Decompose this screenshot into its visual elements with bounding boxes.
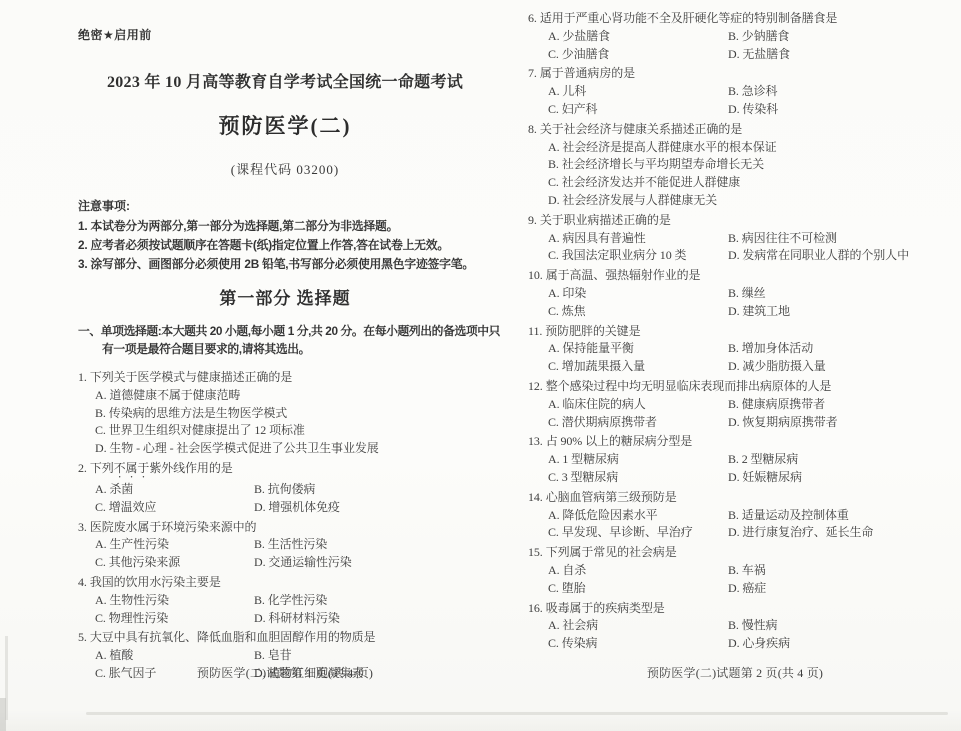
question-15: 15.下列属于常见的社会病是 A. 自杀 B. 车祸 C. 堕胎 D. 癌症: [528, 544, 948, 597]
question-options: A. 印染 B. 缫丝 C. 炼焦 D. 建筑工地: [528, 285, 948, 321]
question-stem: 16.吸毒属于的疾病类型是: [528, 600, 948, 618]
option-b: B. 病因往往不可检测: [728, 230, 948, 248]
scan-corner-smudge: [0, 698, 6, 731]
question-stem: 5.大豆中具有抗氧化、降低血脂和血胆固醇作用的物质是: [78, 629, 492, 647]
question-3: 3.医院废水属于环境污染来源中的 A. 生产性污染 B. 生活性污染 C. 其他…: [78, 519, 492, 572]
option-c: C. 堕胎: [548, 580, 728, 598]
option-d: D. 心身疾病: [728, 635, 948, 653]
option-c: C. 世界卫生组织对健康提出了 12 项标准: [95, 422, 492, 440]
question-text: 下列: [90, 461, 114, 475]
option-b: B. 健康病原携带者: [728, 396, 948, 414]
exam-title: 预防医学(二): [78, 110, 492, 140]
question-number: 5.: [78, 630, 87, 644]
question-number: 6.: [528, 11, 537, 25]
part-one-heading: 第一部分 选择题: [78, 284, 492, 309]
option-b: B. 慢性病: [728, 617, 948, 635]
scan-page-bottom-edge: [86, 712, 948, 715]
question-options: A. 生产性污染 B. 生活性污染 C. 其他污染来源 D. 交通运输性污染: [78, 536, 492, 572]
question-text: 关于职业病描述正确的是: [540, 213, 671, 227]
question-4: 4.我国的饮用水污染主要是 A. 生物性污染 B. 化学性污染 C. 物理性污染…: [78, 574, 492, 627]
question-text: 医院废水属于环境污染来源中的: [90, 520, 257, 534]
option-a: A. 1 型糖尿病: [548, 451, 728, 469]
question-number: 11.: [528, 324, 542, 338]
question-stem: 7.属于普通病房的是: [528, 65, 948, 83]
question-text: 属于普通病房的是: [540, 66, 635, 80]
question-options: A. 自杀 B. 车祸 C. 堕胎 D. 癌症: [528, 562, 948, 598]
option-a: A. 植酸: [95, 647, 254, 665]
question-number: 10.: [528, 268, 543, 282]
option-a: A. 降低危险因素水平: [548, 507, 728, 525]
option-a: A. 印染: [548, 285, 728, 303]
question-number: 1.: [78, 370, 87, 384]
security-classification: 绝密★启用前: [78, 26, 492, 43]
option-d: D. 生物 - 心理 - 社会医学模式促进了公共卫生事业发展: [95, 440, 492, 458]
option-c: C. 物理性污染: [95, 610, 254, 628]
option-a: A. 临床住院的病人: [548, 396, 728, 414]
question-14: 14.心脑血管病第三级预防是 A. 降低危险因素水平 B. 适量运动及控制体重 …: [528, 489, 948, 542]
option-d: D. 发病常在同职业人群的个别人中: [728, 247, 948, 265]
question-stem: 12.整个感染过程中均无明显临床表现而排出病原体的人是: [528, 378, 948, 396]
question-text: 占 90% 以上的糖尿病分型是: [546, 434, 693, 448]
option-c: C. 我国法定职业病分 10 类: [548, 247, 728, 265]
question-text: 适用于严重心肾功能不全及肝硬化等症的特别制备膳食是: [540, 11, 838, 25]
option-d: D. 进行康复治疗、延长生命: [728, 524, 948, 542]
question-stem: 11.预防肥胖的关键是: [528, 323, 948, 341]
option-c: C. 传染病: [548, 635, 728, 653]
question-stem: 9.关于职业病描述正确的是: [528, 212, 948, 230]
section-intro-line: 有一项是最符合题目要求的,请将其选出。: [78, 340, 492, 358]
page-2-footer: 预防医学(二)试题第 2 页(共 4 页): [522, 664, 948, 681]
question-stem: 13.占 90% 以上的糖尿病分型是: [528, 433, 948, 451]
option-c: C. 炼焦: [548, 303, 728, 321]
option-c: C. 少油膳食: [548, 46, 728, 64]
question-options: A. 杀菌 B. 抗佝偻病 C. 增温效应 D. 增强机体免疫: [78, 481, 492, 517]
option-d: D. 增强机体免疫: [254, 499, 492, 517]
question-number: 2.: [78, 461, 87, 475]
option-a: A. 儿科: [548, 83, 728, 101]
question-text: 吸毒属于的疾病类型是: [546, 601, 665, 615]
emphasized-text: 不属于: [114, 461, 150, 475]
question-number: 7.: [528, 66, 537, 80]
page-2: 6.适用于严重心肾功能不全及肝硬化等症的特别制备膳食是 A. 少盐膳食 B. 少…: [522, 0, 948, 731]
option-c: C. 潜伏期病原携带者: [548, 414, 728, 432]
question-number: 8.: [528, 122, 537, 136]
option-b: B. 增加身体活动: [728, 340, 948, 358]
question-stem: 1.下列关于医学模式与健康描述正确的是: [78, 369, 492, 387]
option-a: A. 少盐膳食: [548, 28, 728, 46]
question-number: 13.: [528, 434, 543, 448]
question-options: A. 社会病 B. 慢性病 C. 传染病 D. 心身疾病: [528, 617, 948, 653]
question-text: 大豆中具有抗氧化、降低血脂和血胆固醇作用的物质是: [90, 630, 376, 644]
question-options: A. 道德健康不属于健康范畴 B. 传染病的思维方法是生物医学模式 C. 世界卫…: [78, 387, 492, 458]
question-16: 16.吸毒属于的疾病类型是 A. 社会病 B. 慢性病 C. 传染病 D. 心身…: [528, 600, 948, 653]
question-11: 11.预防肥胖的关键是 A. 保持能量平衡 B. 增加身体活动 C. 增加蔬果摄…: [528, 323, 948, 376]
question-stem: 6.适用于严重心肾功能不全及肝硬化等症的特别制备膳食是: [528, 10, 948, 28]
note-item: 1. 本试卷分为两部分,第一部分为选择题,第二部分为非选择题。: [78, 217, 492, 236]
option-c: C. 妇产科: [548, 101, 728, 119]
question-options: A. 1 型糖尿病 B. 2 型糖尿病 C. 3 型糖尿病 D. 妊娠糖尿病: [528, 451, 948, 487]
question-stem: 3.医院废水属于环境污染来源中的: [78, 519, 492, 537]
option-c: C. 3 型糖尿病: [548, 469, 728, 487]
option-d: D. 科研材料污染: [254, 610, 492, 628]
option-a: A. 杀菌: [95, 481, 254, 499]
exam-paper-scan: 绝密★启用前 2023 年 10 月高等教育自学考试全国统一命题考试 预防医学(…: [0, 0, 961, 731]
question-text: 整个感染过程中均无明显临床表现而排出病原体的人是: [546, 379, 832, 393]
question-8: 8.关于社会经济与健康关系描述正确的是 A. 社会经济是提高人群健康水平的根本保…: [528, 121, 948, 210]
question-7: 7.属于普通病房的是 A. 儿科 B. 急诊科 C. 妇产科 D. 传染科: [528, 65, 948, 118]
option-a: A. 社会经济是提高人群健康水平的根本保证: [548, 139, 948, 157]
option-b: B. 生活性污染: [254, 536, 492, 554]
option-d: D. 建筑工地: [728, 303, 948, 321]
option-a: A. 生产性污染: [95, 536, 254, 554]
option-c: C. 社会经济发达并不能促进人群健康: [548, 174, 948, 192]
option-a: A. 自杀: [548, 562, 728, 580]
option-a: A. 道德健康不属于健康范畴: [95, 387, 492, 405]
option-a: A. 病因具有普遍性: [548, 230, 728, 248]
question-10: 10.属于高温、强热辐射作业的是 A. 印染 B. 缫丝 C. 炼焦 D. 建筑…: [528, 267, 948, 320]
option-c: C. 早发现、早诊断、早治疗: [548, 524, 728, 542]
note-item: 2. 应考者必须按试题顺序在答题卡(纸)指定位置上作答,答在试卷上无效。: [78, 236, 492, 255]
question-options: A. 病因具有普遍性 B. 病因往往不可检测 C. 我国法定职业病分 10 类 …: [528, 230, 948, 266]
option-d: D. 妊娠糖尿病: [728, 469, 948, 487]
option-b: B. 皂苷: [254, 647, 492, 665]
option-a: A. 保持能量平衡: [548, 340, 728, 358]
question-stem: 8.关于社会经济与健康关系描述正确的是: [528, 121, 948, 139]
question-text: 下列关于医学模式与健康描述正确的是: [90, 370, 292, 384]
option-d: D. 传染科: [728, 101, 948, 119]
questions-page-2: 6.适用于严重心肾功能不全及肝硬化等症的特别制备膳食是 A. 少盐膳食 B. 少…: [528, 10, 948, 653]
question-stem: 4.我国的饮用水污染主要是: [78, 574, 492, 592]
question-number: 3.: [78, 520, 87, 534]
question-2: 2.下列不属于紫外线作用的是 A. 杀菌 B. 抗佝偻病 C. 增温效应 D. …: [78, 460, 492, 517]
question-text: 预防肥胖的关键是: [545, 324, 640, 338]
option-b: B. 传染病的思维方法是生物医学模式: [95, 405, 492, 423]
option-b: B. 车祸: [728, 562, 948, 580]
question-text: 属于高温、强热辐射作业的是: [546, 268, 701, 282]
question-text: 紫外线作用的是: [149, 461, 232, 475]
option-b: B. 社会经济增长与平均期望寿命增长无关: [548, 156, 948, 174]
course-code: (课程代码 03200): [78, 159, 492, 178]
question-stem: 10.属于高温、强热辐射作业的是: [528, 267, 948, 285]
option-b: B. 缫丝: [728, 285, 948, 303]
question-12: 12.整个感染过程中均无明显临床表现而排出病原体的人是 A. 临床住院的病人 B…: [528, 378, 948, 431]
question-text: 关于社会经济与健康关系描述正确的是: [540, 122, 742, 136]
page-1: 绝密★启用前 2023 年 10 月高等教育自学考试全国统一命题考试 预防医学(…: [64, 0, 492, 731]
question-options: A. 降低危险因素水平 B. 适量运动及控制体重 C. 早发现、早诊断、早治疗 …: [528, 507, 948, 543]
page-1-footer: 预防医学(二)试题第 1 页(共 4 页): [78, 664, 492, 681]
option-c: C. 增加蔬果摄入量: [548, 358, 728, 376]
section-intro: 一、单项选择题:本大题共 20 小题,每小题 1 分,共 20 分。在每小题列出…: [78, 322, 492, 358]
note-item: 3. 涂写部分、画图部分必须使用 2B 铅笔,书写部分必须使用黑色字迹签字笔。: [78, 255, 492, 274]
question-options: A. 儿科 B. 急诊科 C. 妇产科 D. 传染科: [528, 83, 948, 119]
option-b: B. 少钠膳食: [728, 28, 948, 46]
section-intro-line: 一、单项选择题:本大题共 20 小题,每小题 1 分,共 20 分。在每小题列出…: [78, 322, 492, 340]
question-number: 12.: [528, 379, 543, 393]
question-number: 15.: [528, 545, 543, 559]
question-13: 13.占 90% 以上的糖尿病分型是 A. 1 型糖尿病 B. 2 型糖尿病 C…: [528, 433, 948, 486]
question-1: 1.下列关于医学模式与健康描述正确的是 A. 道德健康不属于健康范畴 B. 传染…: [78, 369, 492, 458]
notes-heading: 注意事项:: [78, 197, 492, 214]
question-options: A. 生物性污染 B. 化学性污染 C. 物理性污染 D. 科研材料污染: [78, 592, 492, 628]
option-a: A. 生物性污染: [95, 592, 254, 610]
exam-session-title: 2023 年 10 月高等教育自学考试全国统一命题考试: [78, 69, 492, 92]
question-number: 4.: [78, 575, 87, 589]
question-text: 我国的饮用水污染主要是: [90, 575, 221, 589]
option-d: D. 恢复期病原携带者: [728, 414, 948, 432]
option-c: C. 其他污染来源: [95, 554, 254, 572]
option-a: A. 社会病: [548, 617, 728, 635]
question-options: A. 社会经济是提高人群健康水平的根本保证 B. 社会经济增长与平均期望寿命增长…: [528, 139, 948, 210]
question-options: A. 临床住院的病人 B. 健康病原携带者 C. 潜伏期病原携带者 D. 恢复期…: [528, 396, 948, 432]
question-stem: 15.下列属于常见的社会病是: [528, 544, 948, 562]
option-d: D. 癌症: [728, 580, 948, 598]
option-c: C. 增温效应: [95, 499, 254, 517]
question-number: 16.: [528, 601, 543, 615]
option-d: D. 交通运输性污染: [254, 554, 492, 572]
question-6: 6.适用于严重心肾功能不全及肝硬化等症的特别制备膳食是 A. 少盐膳食 B. 少…: [528, 10, 948, 63]
question-text: 下列属于常见的社会病是: [546, 545, 677, 559]
notes-list: 1. 本试卷分为两部分,第一部分为选择题,第二部分为非选择题。 2. 应考者必须…: [78, 217, 492, 274]
questions-page-1: 1.下列关于医学模式与健康描述正确的是 A. 道德健康不属于健康范畴 B. 传染…: [78, 369, 492, 683]
question-options: A. 少盐膳食 B. 少钠膳食 C. 少油膳食 D. 无盐膳食: [528, 28, 948, 64]
option-b: B. 2 型糖尿病: [728, 451, 948, 469]
option-b: B. 抗佝偻病: [254, 481, 492, 499]
question-stem: 2.下列不属于紫外线作用的是: [78, 460, 492, 481]
question-text: 心脑血管病第三级预防是: [546, 490, 677, 504]
option-b: B. 适量运动及控制体重: [728, 507, 948, 525]
question-9: 9.关于职业病描述正确的是 A. 病因具有普遍性 B. 病因往往不可检测 C. …: [528, 212, 948, 265]
option-d: D. 无盐膳食: [728, 46, 948, 64]
option-b: B. 急诊科: [728, 83, 948, 101]
question-number: 9.: [528, 213, 537, 227]
option-d: D. 减少脂肪摄入量: [728, 358, 948, 376]
option-d: D. 社会经济发展与人群健康无关: [548, 192, 948, 210]
option-b: B. 化学性污染: [254, 592, 492, 610]
question-options: A. 保持能量平衡 B. 增加身体活动 C. 增加蔬果摄入量 D. 减少脂肪摄入…: [528, 340, 948, 376]
question-number: 14.: [528, 490, 543, 504]
question-stem: 14.心脑血管病第三级预防是: [528, 489, 948, 507]
